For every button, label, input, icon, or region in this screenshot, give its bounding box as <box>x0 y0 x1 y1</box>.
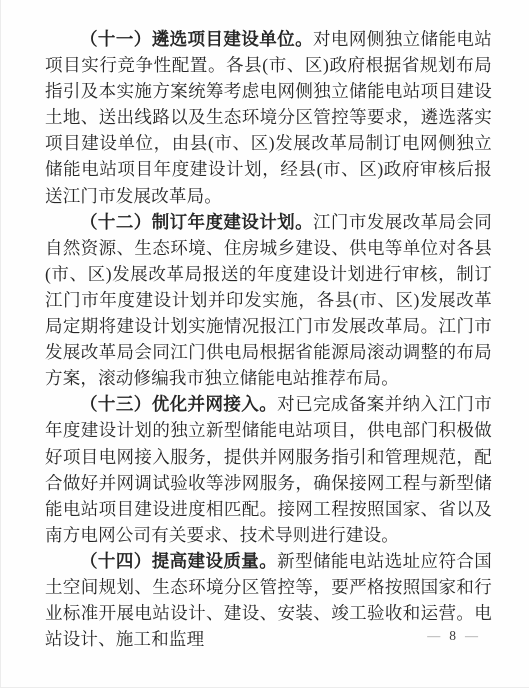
paragraph-14-heading: （十四）提高建设质量。 <box>80 551 277 571</box>
footer-dash-left: — <box>427 627 440 645</box>
document-body: （十一）遴选项目建设单位。对电网侧独立储能电站项目实行竞争性配置。各县(市、区)… <box>45 26 492 652</box>
paragraph-12-text: 江门市发展改革局会同自然资源、生态环境、住房城乡建设、供电等单位对各县(市、区)… <box>45 212 492 389</box>
document-page: （十一）遴选项目建设单位。对电网侧独立储能电站项目实行竞争性配置。各县(市、区)… <box>0 0 529 688</box>
footer-dash-right: — <box>465 627 478 645</box>
paragraph-14: （十四）提高建设质量。新型储能电站选址应符合国土空间规划、生态环境分区管控等，要… <box>45 548 492 652</box>
paragraph-13-heading: （十三）优化并网接入。 <box>80 394 277 414</box>
paragraph-13: （十三）优化并网接入。对已完成备案并纳入江门市年度建设计划的独立新型储能电站项目… <box>45 391 492 548</box>
paragraph-11-text: 对电网侧独立储能电站项目实行竞争性配置。各县(市、区)政府根据省规划布局指引及本… <box>45 29 492 206</box>
page-number: 8 <box>449 627 456 645</box>
paragraph-12-heading: （十二）制订年度建设计划。 <box>80 212 313 232</box>
paragraph-12: （十二）制订年度建设计划。江门市发展改革局会同自然资源、生态环境、住房城乡建设、… <box>45 209 492 392</box>
paragraph-13-text: 对已完成备案并纳入江门市年度建设计划的独立新型储能电站项目，供电部门积极做好项目… <box>45 394 492 544</box>
paragraph-11: （十一）遴选项目建设单位。对电网侧独立储能电站项目实行竞争性配置。各县(市、区)… <box>45 26 492 209</box>
paragraph-11-heading: （十一）遴选项目建设单位。 <box>80 29 313 49</box>
page-footer: — 8 — <box>427 627 478 645</box>
